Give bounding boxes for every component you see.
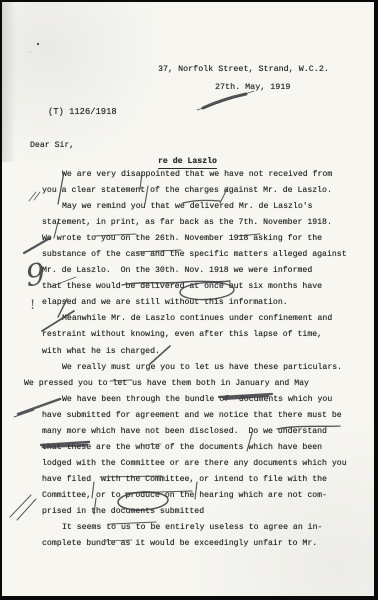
letter-line: you a clear statement of the charges aga… bbox=[24, 183, 372, 199]
letter-line: complete bundle as it would be exceeding… bbox=[24, 536, 372, 552]
letter-line: lodged with the Committee or are there a… bbox=[24, 456, 372, 472]
scan-edge-shadow bbox=[2, 2, 16, 162]
letter-line: Mr. de Laszlo. On the 30th. Nov. 1918 we… bbox=[24, 263, 372, 279]
letter-line: May we remind you that we delivered Mr. … bbox=[24, 199, 372, 215]
letter-line: that these are the whole of the document… bbox=[24, 440, 372, 456]
letter-line: We wrote to you on the 26th. November 19… bbox=[24, 231, 372, 247]
letter-line: with what he is charged. bbox=[24, 344, 372, 360]
letter-line: many more which have not been disclosed.… bbox=[24, 424, 372, 440]
letter-line: substance of the case and the specific m… bbox=[24, 247, 372, 263]
letter-line: We are very disappointed that we have no… bbox=[24, 167, 372, 183]
salutation: Dear Sir, bbox=[30, 141, 74, 151]
handwritten-exclamation-mark: ! bbox=[30, 298, 35, 313]
letter-line: that these would be delivered at once bu… bbox=[24, 279, 372, 295]
letter-line: statement, in print, as far back as the … bbox=[24, 215, 372, 231]
letter-body: We are very disappointed that we have no… bbox=[24, 167, 372, 552]
letter-line: prised in the documents submitted bbox=[24, 504, 372, 520]
reference-number: (T) 1126/1918 bbox=[48, 107, 117, 117]
letter-date: 27th. May, 1919 bbox=[215, 82, 290, 92]
letter-line: restraint without knowing, even after th… bbox=[24, 327, 372, 343]
letter-line: We really must urge you to let us have t… bbox=[24, 360, 372, 376]
letter-line: We pressed you to let us have them both … bbox=[24, 376, 372, 392]
letter-line: have filed with the Committee, or intend… bbox=[24, 472, 372, 488]
letter-line: Meanwhile Mr. de Laszlo continues under … bbox=[24, 311, 372, 327]
letter-line: We have been through the bundle of docum… bbox=[24, 392, 372, 408]
sender-address: 37, Norfolk Street, Strand, W.C.2. bbox=[158, 64, 329, 74]
letter-line: have submitted for agreement and we noti… bbox=[24, 408, 372, 424]
scanned-letter-screenshot: { "page": { "sender_address": "37, Norfo… bbox=[0, 0, 378, 600]
letter-line: elapsed and we are still without this in… bbox=[24, 295, 372, 311]
letter-line: It seems to us to be entirely useless to… bbox=[24, 520, 372, 536]
letter-line: Committee, or to produce on the hearing … bbox=[24, 488, 372, 504]
